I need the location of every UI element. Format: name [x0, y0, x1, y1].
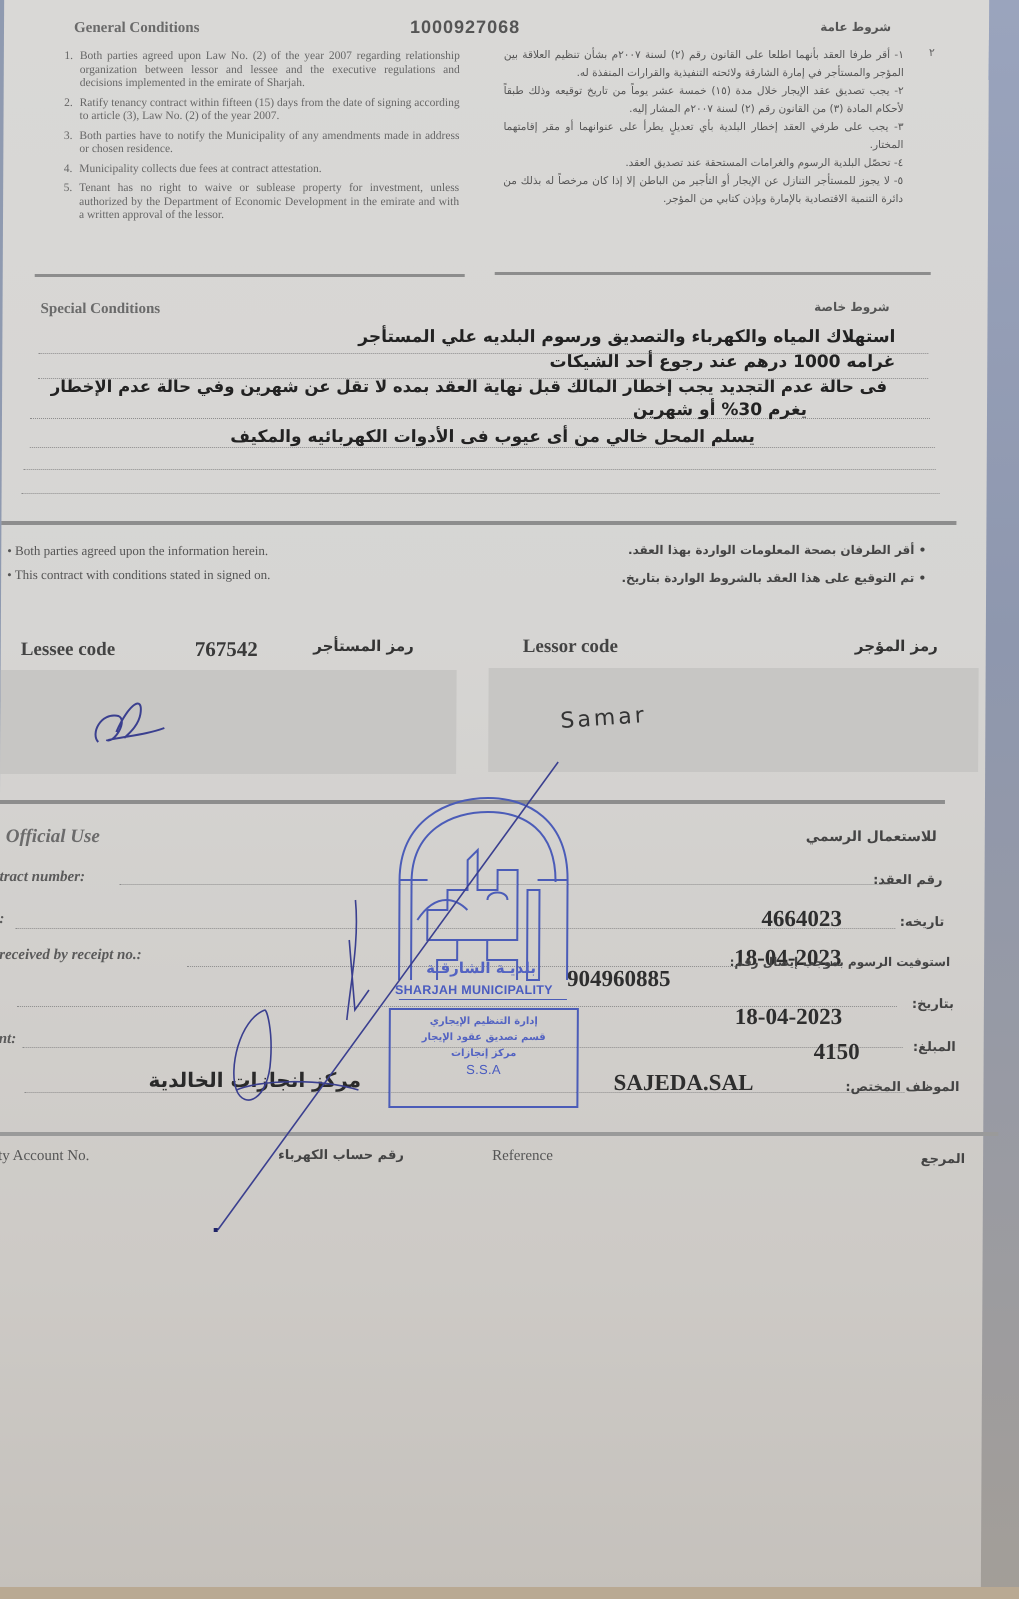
- gc-item-en: Tenant has no right to waive or sublease…: [75, 182, 459, 223]
- official-signature-strokes: [178, 760, 781, 1260]
- general-conditions-ar: ١- أقر طرفا العقد بأنهما اطلعا على القان…: [503, 46, 904, 208]
- lessee-code-value: 767542: [195, 637, 258, 662]
- lessor-code-label: Lessor code: [523, 636, 618, 658]
- lessor-signature-box: Samar: [488, 668, 979, 772]
- gc-item-ar: ٢- يجب تصديق عقد الإيجار خلال مدة (١٥) خ…: [504, 82, 904, 118]
- special-condition-line: غرامه 1000 درهم عند رجوع أحد الشيكات: [549, 352, 895, 372]
- agreement-line-en: • Both parties agreed upon the informati…: [7, 543, 268, 559]
- lessor-code-label-ar: رمز المؤجر: [855, 637, 938, 655]
- writing-line: [30, 447, 935, 448]
- gc-item-ar: ٤- تحصّل البلدية الرسوم والغرامات المستح…: [503, 154, 903, 172]
- amount-label: nt:: [0, 1031, 16, 1048]
- agreement-line-ar: • تم التوقيع على هذا العقد بالشروط الوار…: [621, 571, 926, 585]
- gc-item-ar: ١- أقر طرفا العقد بأنهما اطلعا على القان…: [504, 46, 904, 82]
- contract-number-label: tract number:: [0, 869, 85, 886]
- special-condition-line: يغرم 30% أو شهرين: [633, 400, 807, 420]
- agreement-line-en: • This contract with conditions stated i…: [7, 567, 270, 583]
- lessee-signature-box: [0, 670, 457, 774]
- date-label-ar: تاريخه:: [900, 915, 945, 930]
- agreement-line-ar: • أقر الطرفان بصحة المعلومات الواردة بهذ…: [628, 543, 926, 557]
- lessee-signature: [88, 694, 178, 754]
- contract-number: 1000927068: [410, 17, 520, 38]
- special-conditions-title-ar: شروط خاصة: [814, 300, 889, 314]
- table-surface: [0, 1587, 1019, 1599]
- special-condition-line: يسلم المحل خالي من أى عيوب فى الأدوات ال…: [230, 427, 755, 447]
- reference-label-ar: المرجع: [921, 1152, 965, 1167]
- gc-item-ar: ٥- لا يجوز للمستأجر التنازل عن الإيجار أ…: [503, 172, 903, 208]
- page-mark: ٢: [929, 46, 935, 59]
- receipt-label: received by receipt no.:: [0, 947, 142, 964]
- writing-line: [22, 493, 940, 494]
- official-use-title-ar: للاستعمال الرسمي: [806, 829, 937, 845]
- section-divider: [495, 272, 931, 275]
- date-label: :: [0, 911, 4, 928]
- contract-page: General Conditions 1000927068 شروط عامة …: [0, 0, 989, 1590]
- official-use-title-en: Official Use: [6, 826, 100, 848]
- writing-line: [24, 469, 936, 470]
- special-conditions-title-en: Special Conditions: [40, 301, 160, 318]
- contract-number-label-ar: رقم العقد:: [873, 873, 943, 888]
- gc-item-en: Municipality collects due fees at contra…: [75, 163, 459, 177]
- account-number-label: ty Account No.: [0, 1148, 89, 1165]
- payment-date-label-ar: بتاريخ:: [912, 997, 954, 1012]
- general-conditions-title-en: General Conditions: [74, 20, 200, 37]
- section-divider: [35, 274, 465, 277]
- special-condition-line: استهلاك المياه والكهرباء والتصديق ورسوم …: [358, 327, 895, 347]
- gc-item-ar: ٣- يجب على طرفي العقد إخطار البلدية بأي …: [503, 118, 903, 154]
- general-conditions-en: Both parties agreed upon Law No. (2) of …: [47, 50, 460, 229]
- lessee-code-label-ar: رمز المستأجر: [313, 637, 414, 655]
- lessee-code-label: Lessee code: [21, 639, 116, 661]
- gc-item-en: Both parties have to notify the Municipa…: [75, 130, 459, 157]
- section-divider: [1, 521, 956, 525]
- gc-item-en: Ratify tenancy contract within fifteen (…: [76, 97, 460, 124]
- special-condition-line: فى حالة عدم التجديد يجب إخطار المالك قبل…: [51, 377, 887, 396]
- employee-label-ar: الموظف المختص:: [845, 1080, 959, 1095]
- gc-item-en: Both parties agreed upon Law No. (2) of …: [76, 50, 460, 91]
- amount-value: 4150: [814, 1039, 860, 1065]
- general-conditions-title-ar: شروط عامة: [820, 20, 891, 34]
- amount-label-ar: المبلغ:: [913, 1040, 956, 1055]
- lessor-signature: Samar: [560, 703, 648, 734]
